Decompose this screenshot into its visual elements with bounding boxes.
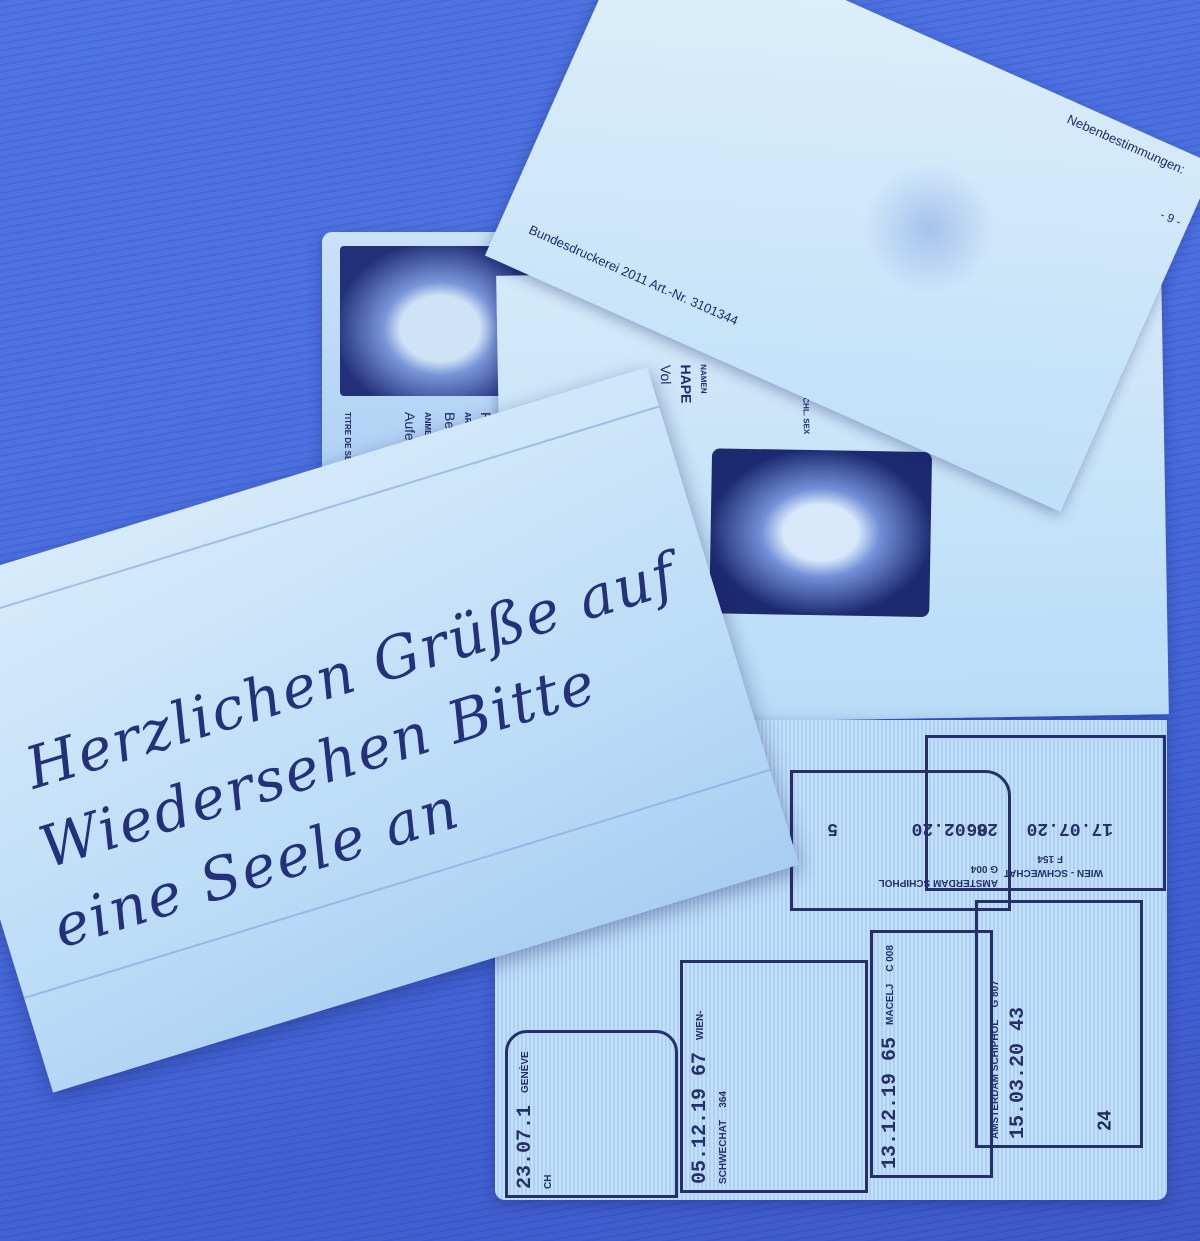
stamp-extra: 65 [879, 1037, 902, 1061]
exit-stamp-amsterdam: AMSTERDAM SCHIPHOL G 004 28.02.20 5 [790, 770, 1011, 911]
passport-name-label: NAMEN [699, 364, 709, 393]
eagle-watermark-icon [843, 143, 1015, 315]
booklet-page-marker: - 9 - [1158, 207, 1183, 228]
stamp-location: GENÈVE [520, 1051, 531, 1093]
stamp-code: 364 [718, 1091, 729, 1108]
stamp-date: 15.03.20 [1007, 1043, 1030, 1139]
stamp-date: 28.02.20 [912, 818, 998, 838]
stamp-extra: 43 [1007, 1007, 1030, 1031]
stamp-extra: 67 [689, 1052, 712, 1076]
stamp-amsterdam-schiphol: AMSTERDAM SCHIPHOL G 807 15.03.20 43 [975, 900, 1143, 1148]
passport-portrait-photo [709, 448, 932, 617]
stamp-code: G 004 [971, 863, 998, 874]
stamp-code: F 154 [1037, 853, 1063, 864]
stamp-date: 05.12.19 [689, 1088, 712, 1184]
stamp-macelj: 13.12.19 65 MACELJ C 008 [870, 930, 993, 1178]
stamp-location: AMSTERDAM SCHIPHOL [879, 877, 998, 888]
passport-page-number: 24 [1095, 1110, 1116, 1130]
stamp-date: 13.12.19 [879, 1073, 902, 1169]
passport-surname: HAPE [678, 364, 695, 403]
stamp-country: CH [543, 1175, 554, 1189]
stamp-geneve: 23.07.1 GENÈVE CH [505, 1030, 678, 1198]
stamp-extra: 5 [827, 818, 838, 838]
stamp-location: WIEN - SCHWECHAT [1004, 867, 1103, 878]
passport-given-name: Vol [658, 365, 674, 385]
stamp-wien-schwechat: 05.12.19 67 WIEN-SCHWECHAT 364 [680, 960, 868, 1193]
stamp-date: 23.07.1 [514, 1105, 537, 1189]
stamp-location: MACELJ [885, 984, 896, 1025]
stamp-date: 17.07.20 [1027, 818, 1113, 838]
stamp-code: C 008 [885, 945, 896, 972]
